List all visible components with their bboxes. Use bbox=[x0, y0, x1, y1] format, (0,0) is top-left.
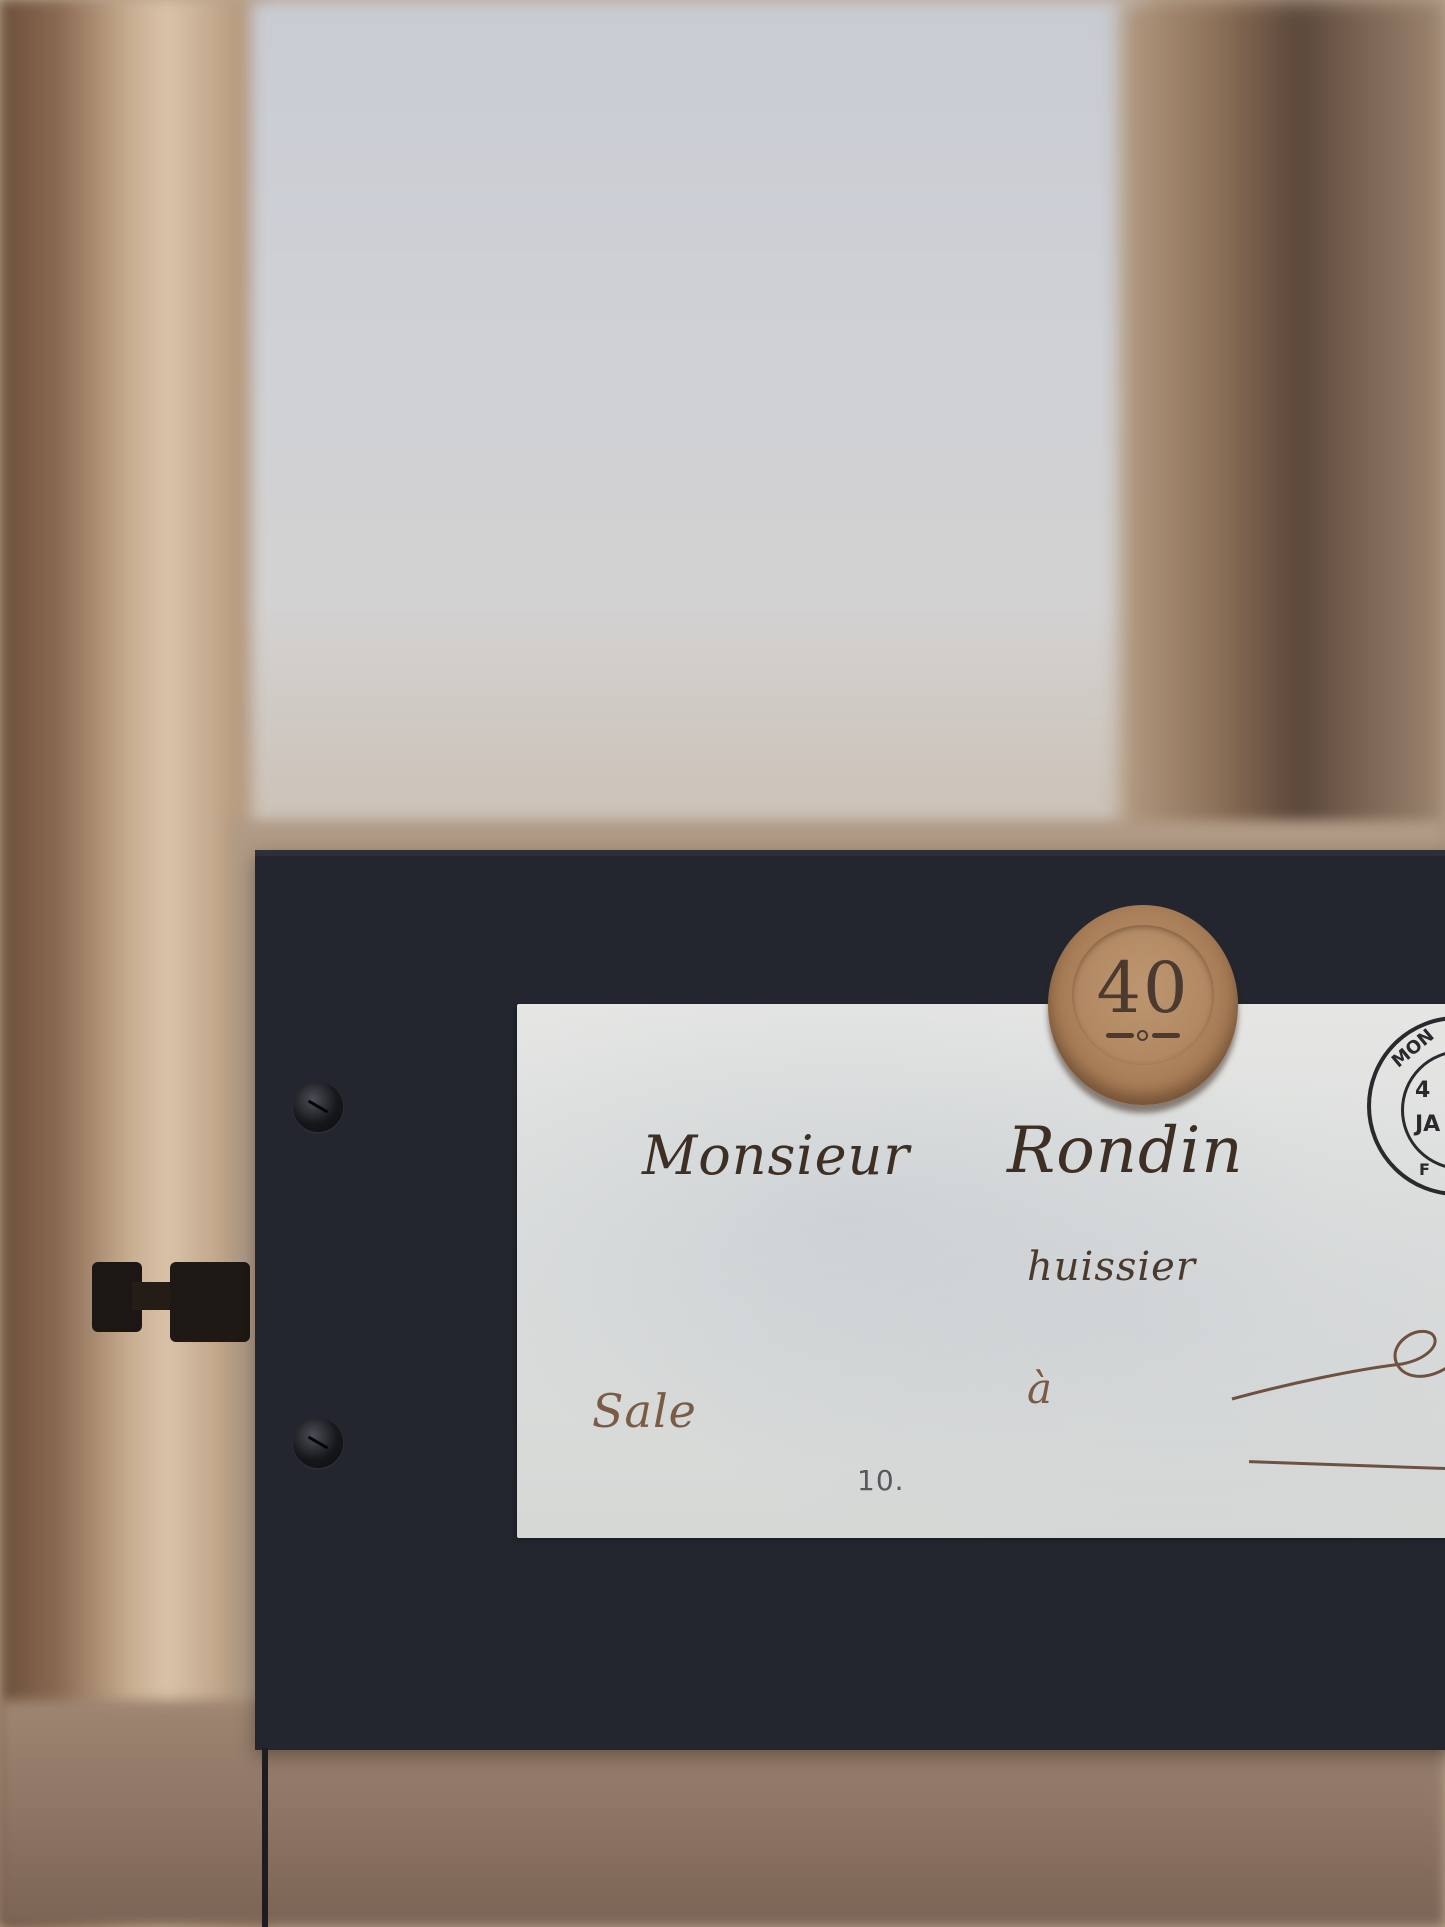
stand-pole bbox=[262, 1748, 268, 1927]
token-face: 40 bbox=[1072, 925, 1214, 1065]
token-ornament bbox=[1106, 1030, 1180, 1040]
envelope-pencil-mark: 10. bbox=[857, 1464, 905, 1497]
postmark-month: JA bbox=[1415, 1112, 1440, 1137]
knob-neck bbox=[132, 1282, 172, 1310]
token-number: 40 bbox=[1072, 947, 1214, 1029]
screw-top bbox=[293, 1082, 343, 1132]
postmark-day: 4 bbox=[1415, 1078, 1430, 1103]
knob-base bbox=[170, 1262, 250, 1342]
ornament-dot bbox=[1137, 1030, 1148, 1041]
background-furniture bbox=[1120, 0, 1445, 900]
wooden-number-token: 40 bbox=[1048, 905, 1238, 1105]
ornament-right-wing bbox=[1152, 1033, 1180, 1038]
envelope-preposition: à bbox=[1027, 1364, 1053, 1413]
postmark-inner-ring bbox=[1401, 1050, 1445, 1170]
envelope-note: Sale bbox=[592, 1384, 697, 1438]
ornament-left-wing bbox=[1106, 1033, 1134, 1038]
envelope-salutation: Monsieur bbox=[642, 1124, 910, 1187]
photo-scene: Monsieur Rondin huissier à Sale 10. MON … bbox=[0, 0, 1445, 1927]
handwriting-flourish bbox=[1227, 1324, 1445, 1424]
background-window bbox=[250, 0, 1150, 860]
envelope: Monsieur Rondin huissier à Sale 10. MON … bbox=[517, 1004, 1445, 1538]
postmark-stamp: MON 4 JA F bbox=[1367, 1016, 1445, 1196]
screw-bottom bbox=[293, 1418, 343, 1468]
handwriting-underline bbox=[1249, 1460, 1445, 1471]
envelope-addressee-name: Rondin bbox=[1007, 1114, 1244, 1188]
postmark-dept: F bbox=[1419, 1160, 1430, 1179]
display-board-edge bbox=[255, 850, 1445, 856]
envelope-addressee-title: huissier bbox=[1027, 1244, 1196, 1290]
board-clamp-knob bbox=[92, 1262, 252, 1332]
